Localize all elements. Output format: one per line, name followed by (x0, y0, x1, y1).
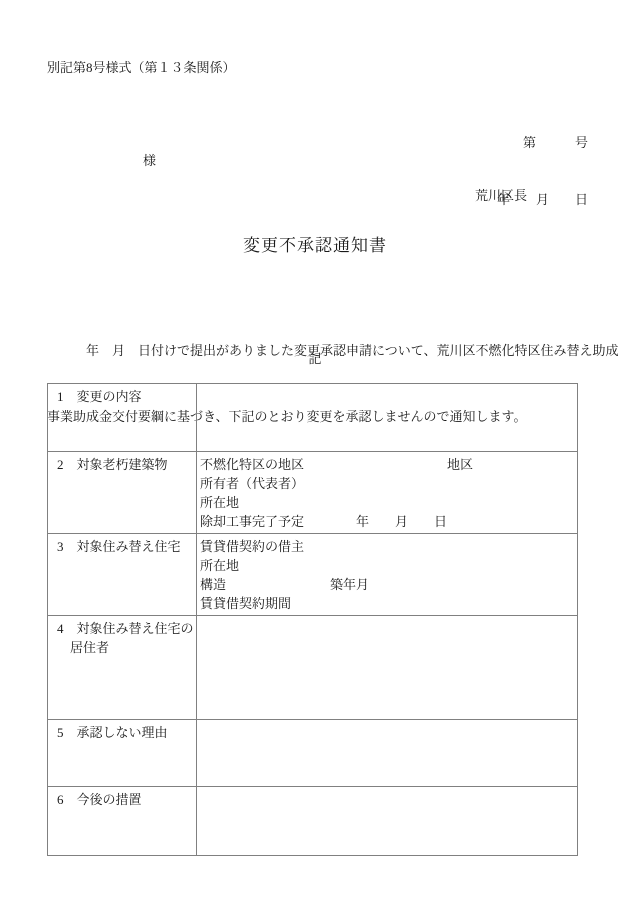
sender-line: 荒川区長 (475, 185, 527, 204)
row-content-cell (197, 384, 578, 452)
content-line: 所在地 (200, 556, 573, 575)
row-label-cell: 3 対象住み替え住宅 (48, 534, 197, 616)
row-content-cell (197, 720, 578, 787)
table-row: 1 変更の内容 (48, 384, 578, 452)
table-row: 4 対象住み替え住宅の 居住者 (48, 616, 578, 720)
label-line: 居住者 (57, 638, 192, 657)
content-line: 構造 築年月 (200, 575, 573, 594)
doc-number-block: 第 号 年 月 日 (497, 95, 588, 247)
label-line: 3 対象住み替え住宅 (57, 537, 192, 556)
row-content-cell: 賃貸借契約の借主所在地構造 築年月賃貸借契約期間 (197, 534, 578, 616)
form-id-line: 別記第8号様式（第１３条関係） (47, 57, 236, 76)
label-line: 5 承認しない理由 (57, 723, 192, 742)
table-row: 3 対象住み替え住宅賃貸借契約の借主所在地構造 築年月賃貸借契約期間 (48, 534, 578, 616)
table-row: 2 対象老朽建築物不燃化特区の地区 地区所有者（代表者）所在地除却工事完了予定 … (48, 452, 578, 534)
row-label-cell: 2 対象老朽建築物 (48, 452, 197, 534)
doc-number-line: 第 号 (497, 133, 588, 152)
content-line: 賃貸借契約の借主 (200, 537, 573, 556)
row-content-cell: 不燃化特区の地区 地区所有者（代表者）所在地除却工事完了予定 年 月 日 (197, 452, 578, 534)
content-line: 不燃化特区の地区 地区 (200, 455, 573, 474)
label-line: 4 対象住み替え住宅の (57, 619, 192, 638)
content-line: 除却工事完了予定 年 月 日 (200, 512, 573, 531)
row-content-cell (197, 616, 578, 720)
row-label-cell: 5 承認しない理由 (48, 720, 197, 787)
row-label-cell: 4 対象住み替え住宅の 居住者 (48, 616, 197, 720)
label-line: 2 対象老朽建築物 (57, 455, 192, 474)
table-row: 5 承認しない理由 (48, 720, 578, 787)
label-line: 6 今後の措置 (57, 790, 192, 809)
row-label-cell: 1 変更の内容 (48, 384, 197, 452)
document-page: 別記第8号様式（第１３条関係） 第 号 年 月 日 様 荒川区長 変更不承認通知… (0, 0, 630, 903)
content-line: 所在地 (200, 493, 573, 512)
content-line: 賃貸借契約期間 (200, 594, 573, 613)
label-line: 1 変更の内容 (57, 387, 192, 406)
record-mark: 記 (0, 348, 630, 367)
notice-table-body: 1 変更の内容2 対象老朽建築物不燃化特区の地区 地区所有者（代表者）所在地除却… (48, 384, 578, 856)
page-title: 変更不承認通知書 (0, 231, 630, 256)
row-label-cell: 6 今後の措置 (48, 787, 197, 856)
notice-table: 1 変更の内容2 対象老朽建築物不燃化特区の地区 地区所有者（代表者）所在地除却… (47, 383, 578, 856)
content-line: 所有者（代表者） (200, 474, 573, 493)
addressee-suffix: 様 (143, 150, 156, 169)
table-row: 6 今後の措置 (48, 787, 578, 856)
row-content-cell (197, 787, 578, 856)
